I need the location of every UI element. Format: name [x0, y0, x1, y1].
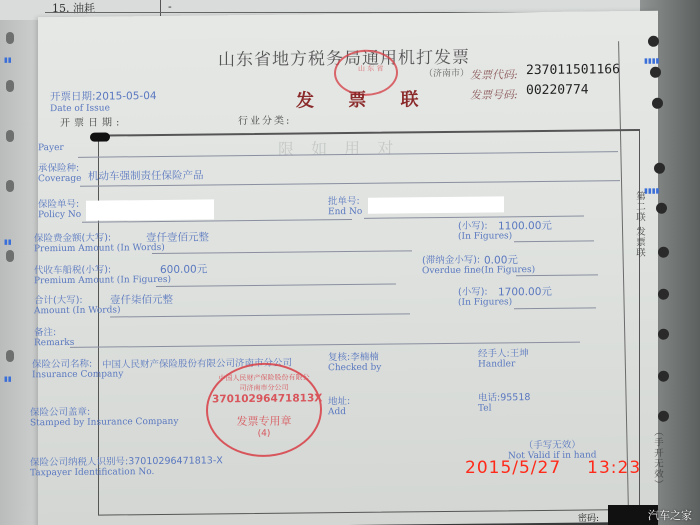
side-copy-label: 第二联 发票联 — [632, 191, 646, 258]
invoice-code: 237011501166 — [526, 62, 620, 78]
end-no-redaction — [368, 196, 504, 213]
checked-by-value: 李楠楠 — [350, 352, 379, 363]
issue-date-value: 2015-05-04 — [96, 90, 157, 103]
checked-by-label: 复核:李楠楠Checked by — [328, 352, 381, 375]
punch-hole — [648, 36, 659, 47]
handler-value: 王坤 — [510, 348, 529, 359]
total-words-value: 壹仟柒佰元整 — [110, 292, 173, 308]
tel-value: 95518 — [500, 392, 530, 403]
issue-date-label: 开票日期: — [50, 91, 96, 103]
invoice-number: 00220774 — [526, 82, 589, 98]
invoice-copy-name: 发 票 联 — [296, 85, 433, 112]
stamp-number: 37010296471813X — [212, 392, 316, 405]
issue-date-printed-label: 开票日期: — [60, 113, 123, 129]
blue-mark: ▮▮ — [4, 238, 12, 246]
taxpayer-id-label: 保险公司纳税人识别号:37010296471813-XTaxpayer Iden… — [30, 455, 223, 479]
punch-hole — [6, 250, 14, 262]
vehicle-tax-label: 代收车船税(小写):Premium Amount (In Figures) — [34, 264, 171, 287]
policy-no-redaction — [86, 199, 214, 220]
punch-hole — [6, 130, 14, 142]
punch-hole — [658, 329, 669, 340]
punch-hole — [6, 180, 14, 192]
overdue-fine-label: (滞纳金小写):Overdue fine(In Figures) — [422, 254, 535, 277]
total-words-label: 合计(大写):Amount (In Words) — [34, 294, 121, 317]
vehicle-tax-value: 600.00元 — [160, 261, 207, 276]
blue-mark: ▮▮▮▮ — [644, 57, 659, 65]
invoice-city: （济南市） — [424, 66, 469, 79]
punch-hole — [654, 163, 665, 174]
side-note: （手开无效） — [650, 427, 664, 490]
end-no-label: 批单号:End No — [328, 196, 362, 218]
password-label: 密码: — [578, 511, 599, 524]
address-label: 地址:Add — [328, 396, 350, 418]
punch-hole — [6, 80, 14, 92]
blue-mark: ▮▮ — [4, 375, 12, 383]
handler-label: 经手人:王坤Handler — [478, 348, 529, 371]
stamp-company-name: 中国人民财产保险股份有限公司济南市分公司 — [218, 372, 310, 393]
taxpayer-id-value: 37010296471813-X — [128, 455, 223, 467]
premium-words-value: 壹仟壹佰元整 — [146, 229, 209, 245]
stamped-label: 保险公司盖章:Stamped by Insurance Company — [30, 406, 178, 430]
issue-date: 开票日期:2015-05-04 Date of Issue — [50, 88, 157, 114]
punch-hole — [658, 247, 669, 258]
blue-mark: ▮▮▮▮ — [644, 187, 659, 195]
punch-hole — [658, 411, 669, 422]
punch-hole — [658, 371, 669, 382]
coverage-value: 机动车强制责任保险产品 — [88, 168, 204, 184]
photo-time: 13:23 — [587, 458, 641, 478]
photo-date: 2015/5/27 — [465, 458, 561, 478]
punch-hole — [658, 289, 669, 300]
punch-hole — [650, 67, 661, 78]
blue-mark: ▮▮ — [4, 56, 12, 64]
policy-no-label: 保险单号:Policy No — [38, 199, 81, 221]
photo-timestamp: 2015/5/2713:23 — [465, 458, 641, 478]
invoice-number-label: 发票号码: — [470, 86, 518, 102]
stamp-usage: 发票专用章 — [208, 412, 320, 429]
industry-label: 行业分类: — [238, 112, 291, 128]
payer-label: Payer — [38, 143, 64, 154]
remarks-label: 备注:Remarks — [34, 327, 74, 349]
coverage-label: 承保险种:Coverage — [38, 163, 81, 185]
invoice-sheet: ▮▮▮▮ ▮▮▮▮ 山东省地方税务局通用机打发票 （济南市） 山 东 省 发 票… — [38, 11, 658, 525]
payer-redaction — [90, 132, 110, 141]
site-watermark: 汽车之家 — [648, 507, 692, 523]
tax-bureau-seal-text: 山 东 省 — [358, 64, 383, 74]
stamp-index: (4) — [208, 428, 320, 439]
punch-hole — [6, 350, 14, 362]
premium-figures-value: 1100.00元 — [498, 218, 552, 234]
issue-date-label-en: Date of Issue — [50, 103, 157, 114]
total-figures-value: 1700.00元 — [498, 284, 552, 300]
punch-hole — [6, 32, 14, 44]
punch-hole — [652, 98, 663, 109]
tel-label: 电话:95518Tel — [478, 392, 530, 415]
faint-background-text: 限 如 用 对 — [278, 135, 399, 159]
underlying-row-label: 15. 油耗 — [52, 0, 95, 16]
punch-hole — [656, 203, 667, 214]
invoice-code-label: 发票代码: — [470, 66, 518, 82]
overdue-fine-value: 0.00元 — [484, 252, 518, 267]
